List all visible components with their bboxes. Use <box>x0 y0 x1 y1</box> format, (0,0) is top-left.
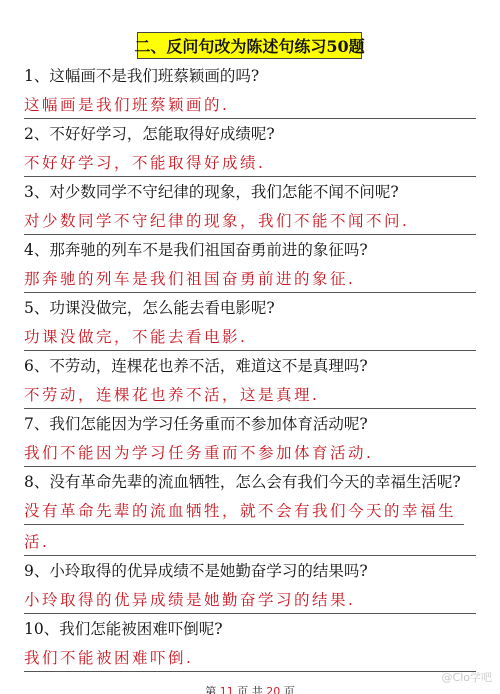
exercise-item-4: 4、那奔驰的列车不是我们祖国奋勇前进的象征吗? 那奔驰的列车是我们祖国奋勇前进的… <box>24 237 476 293</box>
answer-line: 小玲取得的优异成绩是她勤奋学习的结果. <box>24 585 476 614</box>
question: 6、不劳动，连棵花也养不活，难道这不是真理吗? <box>24 353 476 380</box>
exercise-item-5: 5、功课没做完，怎么能去看电影呢? 功课没做完，不能去看电影. <box>24 295 476 351</box>
exercise-item-2: 2、不好好学习，怎能取得好成绩呢? 不好好学习，不能取得好成绩. <box>24 121 476 177</box>
answer-line: 没有革命先辈的流血牺牲，就不会有我们今天的幸福生 <box>24 496 464 525</box>
footer-prefix: 第 <box>205 685 216 694</box>
question: 1、这幅画不是我们班蔡颖画的吗? <box>24 63 476 90</box>
answer-line-continued: 活. <box>24 527 476 556</box>
answer-line: 我们不能因为学习任务重而不参加体育活动. <box>24 438 476 467</box>
answer-line: 对少数同学不守纪律的现象，我们不能不闻不问. <box>24 206 476 235</box>
current-page: 11 <box>220 685 234 694</box>
title-box: 二、反问句改为陈述句练习50题 <box>137 32 362 59</box>
answer-line: 这幅画是我们班蔡颖画的. <box>24 90 476 119</box>
answer-line: 不劳动，连棵花也养不活，这是真理. <box>24 380 476 409</box>
page-title: 二、反问句改为陈述句练习50题 <box>134 34 364 57</box>
exercise-item-3: 3、对少数同学不守纪律的现象，我们怎能不闻不问呢? 对少数同学不守纪律的现象，我… <box>24 179 476 235</box>
answer-line: 我们不能被困难吓倒. <box>24 643 476 672</box>
exercise-item-7: 7、我们怎能因为学习任务重而不参加体育活动呢? 我们不能因为学习任务重而不参加体… <box>24 411 476 467</box>
question: 10、我们怎能被困难吓倒呢? <box>24 616 476 643</box>
total-pages: 20 <box>266 685 280 694</box>
exercise-item-1: 1、这幅画不是我们班蔡颖画的吗? 这幅画是我们班蔡颖画的. <box>24 63 476 119</box>
exercise-item-6: 6、不劳动，连棵花也养不活，难道这不是真理吗? 不劳动，连棵花也养不活，这是真理… <box>24 353 476 409</box>
footer-suffix: 页 <box>284 685 295 694</box>
answer-line: 功课没做完，不能去看电影. <box>24 322 476 351</box>
question: 7、我们怎能因为学习任务重而不参加体育活动呢? <box>24 411 476 438</box>
answer-line: 不好好学习，不能取得好成绩. <box>24 148 476 177</box>
exercise-item-10: 10、我们怎能被困难吓倒呢? 我们不能被困难吓倒. <box>24 616 476 672</box>
answer-line: 那奔驰的列车是我们祖国奋勇前进的象征. <box>24 264 476 293</box>
footer-mid: 页 共 <box>237 685 263 694</box>
question: 8、没有革命先辈的流血牺牲，怎么会有我们今天的幸福生活呢? <box>24 469 476 496</box>
question: 9、小玲取得的优异成绩不是她勤奋学习的结果吗? <box>24 558 476 585</box>
question: 3、对少数同学不守纪律的现象，我们怎能不闻不问呢? <box>24 179 476 206</box>
exercise-item-9: 9、小玲取得的优异成绩不是她勤奋学习的结果吗? 小玲取得的优异成绩是她勤奋学习的… <box>24 558 476 614</box>
question: 4、那奔驰的列车不是我们祖国奋勇前进的象征吗? <box>24 237 476 264</box>
exercise-list: 1、这幅画不是我们班蔡颖画的吗? 这幅画是我们班蔡颖画的. 2、不好好学习，怎能… <box>24 63 476 674</box>
question: 5、功课没做完，怎么能去看电影呢? <box>24 295 476 322</box>
question: 2、不好好学习，怎能取得好成绩呢? <box>24 121 476 148</box>
page-footer: 第 11 页 共 20 页 <box>0 683 500 694</box>
exercise-item-8: 8、没有革命先辈的流血牺牲，怎么会有我们今天的幸福生活呢? 没有革命先辈的流血牺… <box>24 469 476 556</box>
